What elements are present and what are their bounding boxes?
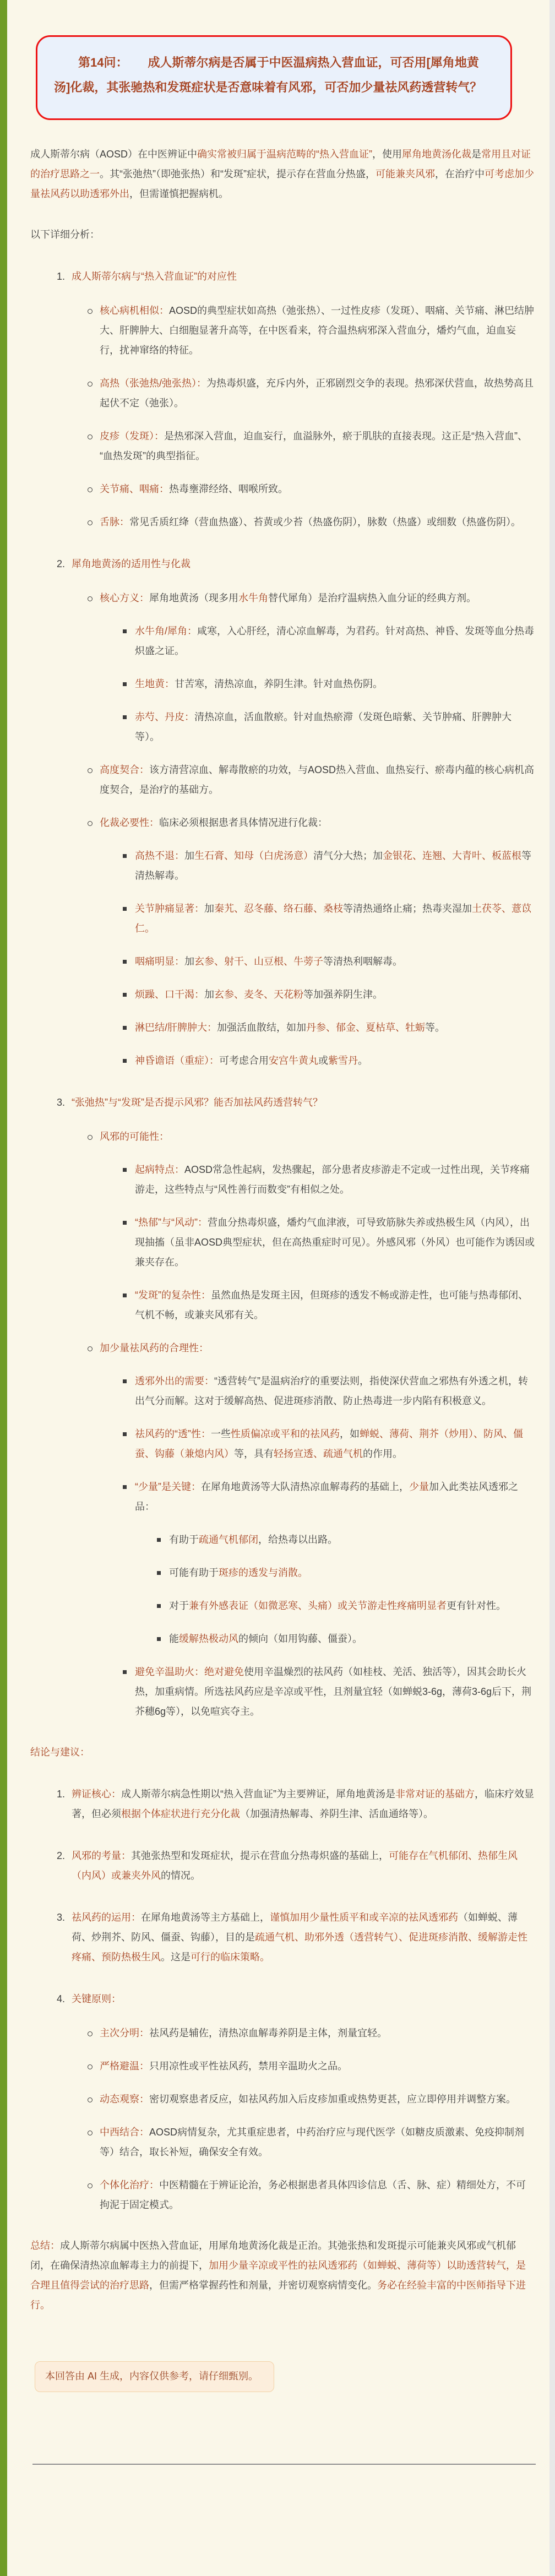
text-run: 加强活血散结，如加 xyxy=(217,1022,306,1033)
list-item: 赤芍、丹皮：清热凉血，活血散瘀。针对血热瘀滞（发斑色暗紫、关节肿痛、肝脾肿大等）… xyxy=(30,707,535,747)
list-number: 1. xyxy=(57,1784,65,1804)
emphasis-text-run: 秦艽、忍冬藤、络石藤、桑枝 xyxy=(214,903,343,914)
emphasis-text-run: 咽痛明显： xyxy=(135,956,184,967)
text-run: （加强清热解毒、养阴生津、活血通络等）。 xyxy=(240,1808,433,1819)
emphasis-text-run: 避免辛温助火：绝对避免 xyxy=(135,1666,244,1677)
square-bullet-icon xyxy=(157,1637,161,1641)
list-item: 淋巴结/肝脾肿大：加强活血散结，如加丹参、郁金、夏枯草、牡蛎等。 xyxy=(30,1018,535,1037)
question-number-label: 第14问： xyxy=(78,56,128,69)
text-run: 的情况。 xyxy=(161,1870,200,1881)
emphasis-text-run: 可能兼夹风邪 xyxy=(376,169,435,180)
text-run: 的作用。 xyxy=(363,1448,402,1459)
emphasis-text-run: 少量 xyxy=(409,1481,429,1492)
text-run: 等清热通络止痛；热毒夹湿加 xyxy=(343,903,472,914)
emphasis-text-run: 可行的临床策略。 xyxy=(191,1952,270,1963)
emphasis-text-run: 总结： xyxy=(30,2240,60,2251)
circle-bullet-icon xyxy=(88,1135,92,1140)
text-run: 可能有助于 xyxy=(169,1567,219,1578)
square-bullet-icon xyxy=(157,1571,161,1575)
text-run: AOSD常急性起病，发热骤起，部分患者皮疹游走不定或一过性出现，关节疼痛游走，这… xyxy=(135,1164,530,1195)
text-run: AOSD病情复杂，尤其重症患者，中药治疗应与现代医学（如糖皮质激素、免疫抑制剂等… xyxy=(100,2127,524,2157)
text-run: ，给热毒以出路。 xyxy=(258,1534,338,1545)
list-item: 生地黄：甘苦寒，清热凉血，养阴生津。针对血热伤阴。 xyxy=(30,674,535,694)
square-bullet-icon xyxy=(123,1432,127,1436)
text-run: 替代犀角）是治疗温病热入血分证的经典方剂。 xyxy=(268,593,476,604)
emphasis-text-run: 辨证核心： xyxy=(72,1789,121,1800)
paragraph: 以下详细分析： xyxy=(30,225,535,244)
emphasis-text-run: 透邪外出的需要： xyxy=(135,1376,214,1387)
circle-bullet-icon xyxy=(88,487,92,492)
circle-bullet-icon xyxy=(88,1346,92,1351)
list-item: “发斑”的复杂性：虽然血热是发斑主因，但斑疹的透发不畅或游走性，也可能与热毒郁闭… xyxy=(30,1285,535,1325)
emphasis-text-run: “热郁”与“风动”： xyxy=(135,1217,208,1228)
list-item: “热郁”与“风动”：营血分热毒炽盛，燔灼气血津液，可导致筋脉失养或热极生风（内风… xyxy=(30,1213,535,1272)
square-bullet-icon xyxy=(123,907,127,911)
text-run: 是 xyxy=(471,149,481,160)
emphasis-text-run: 水牛角 xyxy=(238,593,268,604)
emphasis-text-run: 起病特点： xyxy=(135,1164,184,1175)
emphasis-text-run: 关节肿痛显著： xyxy=(135,903,204,914)
list-item: 水牛角/犀角：咸寒，入心肝经，清心凉血解毒，为君药。针对高热、神昏、发斑等血分热… xyxy=(30,621,535,661)
question-paragraph: 第14问：成人斯蒂尔病是否属于中医温病热入营血证，可否用[犀角地黄汤]化裁，其张… xyxy=(54,50,492,100)
emphasis-text-run: 非常对证的基础方 xyxy=(395,1789,475,1800)
square-bullet-icon xyxy=(123,1294,127,1297)
text-run: ，在治疗中 xyxy=(435,169,485,180)
emphasis-text-run: 玄参、麦冬、天花粉 xyxy=(214,989,303,1000)
list-item: 祛风药的“透”性：一些性质偏凉或平和的祛风药，如蝉蜕、薄荷、荆芥（炒用）、防风、… xyxy=(30,1424,535,1464)
list-item: 3.“张弛热”与“发斑”是否提示风邪？能否加祛风药透营转气？ xyxy=(30,1093,535,1112)
square-bullet-icon xyxy=(123,1026,127,1030)
emphasis-text-run: 个体化治疗： xyxy=(100,2180,159,2191)
emphasis-text-run: 斑疹的透发与消散。 xyxy=(219,1567,308,1578)
text-run: ，如 xyxy=(340,1428,360,1439)
list-item: 严格避温：只用凉性或平性祛风药，禁用辛温助火之品。 xyxy=(30,2056,535,2076)
text-run: ，但需严格掌握药性和剂量，并密切观察病情变化。 xyxy=(149,2280,377,2291)
text-run: 密切观察患者反应，如祛风药加入后皮疹加重或热势更甚，应立即停用并调整方案。 xyxy=(149,2094,516,2105)
emphasis-text-run: 确实常被归属于温病范畴的“热入营血证” xyxy=(197,149,372,160)
text-run: 有助于 xyxy=(169,1534,199,1545)
text-run: ，但需谨慎把握病机。 xyxy=(129,188,228,199)
list-item: 咽痛明显：加玄参、射干、山豆根、牛蒡子等清热利咽解毒。 xyxy=(30,952,535,971)
page: { "page": { "background": "#FAF7E9", "ac… xyxy=(0,0,555,2576)
list-item: 关节肿痛显著：加秦艽、忍冬藤、络石藤、桑枝等清热通络止痛；热毒夹湿加土茯苓、薏苡… xyxy=(30,899,535,938)
text-run: 更有针对性。 xyxy=(447,1600,506,1611)
text-run: 甘苦寒，清热凉血，养阴生津。针对血热伤阴。 xyxy=(175,678,383,689)
list-item: 关节痛、咽痛：热毒壅滞经络、咽喉所致。 xyxy=(30,479,535,499)
emphasis-text-run: 加少量祛风药的合理性： xyxy=(100,1343,209,1354)
list-item: 避免辛温助火：绝对避免使用辛温燥烈的祛风药（如桂枝、羌活、独活等），因其会助长火… xyxy=(30,1662,535,1721)
emphasis-text-run: 兼有外感表证（如微恶寒、头痛）或关节游走性疼痛明显者 xyxy=(189,1600,447,1611)
list-number: 2. xyxy=(57,1846,65,1866)
paragraph: 成人斯蒂尔病（AOSD）在中医辨证中确实常被归属于温病范畴的“热入营血证”，使用… xyxy=(30,144,535,204)
list-item: 风邪的可能性： xyxy=(30,1127,535,1146)
circle-bullet-icon xyxy=(88,2031,92,2036)
text-run: 祛风药是辅佐，清热凉血解毒养阴是主体，剂量宜轻。 xyxy=(149,2028,387,2039)
list-item: 神昏谵语（重症）：可考虑合用安宫牛黄丸或紫雪丹。 xyxy=(30,1051,535,1070)
list-number: 1. xyxy=(57,267,65,286)
list-item: 4.关键原则： xyxy=(30,1989,535,2009)
question-box: 第14问：成人斯蒂尔病是否属于中医温病热入营血证，可否用[犀角地黄汤]化裁，其张… xyxy=(36,35,512,120)
list-item: 化裁必要性：临床必须根据患者具体情况进行化裁： xyxy=(30,813,535,833)
emphasis-text-run: 成人斯蒂尔病与“热入营血证”的对应性 xyxy=(72,271,237,282)
list-item: 舌脉：常见舌质红绛（营血热盛）、苔黄或少苔（热盛伤阴），脉数（热盛）或细数（热盛… xyxy=(30,512,535,532)
text-run: 是热邪深入营血，迫血妄行，血溢脉外，瘀于肌肤的直接表现。这正是“热入营血”、“血… xyxy=(100,431,527,461)
circle-bullet-icon xyxy=(88,2064,92,2069)
text-run: 其弛张热型和发斑症状，提示在营血分热毒炽盛的基础上， xyxy=(131,1850,389,1861)
square-bullet-icon xyxy=(123,715,127,719)
emphasis-text-run: 生石膏、知母（白虎汤意） xyxy=(194,850,313,861)
emphasis-text-run: 谨慎加用少量性质平和或辛凉的祛风透邪药 xyxy=(270,1912,458,1923)
circle-bullet-icon xyxy=(88,2097,92,2102)
text-run: 以下详细分析： xyxy=(30,229,100,240)
text-run: 。其“张弛热”（即弛张热）和“发斑”症状，提示存在营血分热盛， xyxy=(100,169,376,180)
text-run: 清气分大热；加 xyxy=(313,850,383,861)
list-item: 2.风邪的考量：其弛张热型和发斑症状，提示在营血分热毒炽盛的基础上，可能存在气机… xyxy=(30,1846,535,1885)
text-run: 等加强养阴生津。 xyxy=(303,989,383,1000)
text-run: ，使用 xyxy=(372,149,402,160)
list-item: 皮疹（发斑）：是热邪深入营血，迫血妄行，血溢脉外，瘀于肌肤的直接表现。这正是“热… xyxy=(30,426,535,466)
emphasis-text-run: 舌脉： xyxy=(100,517,129,528)
text-run: 加 xyxy=(184,850,194,861)
text-run: 热毒壅滞经络、咽喉所致。 xyxy=(169,483,288,494)
circle-bullet-icon xyxy=(88,2131,92,2135)
emphasis-text-run: 丹参、郁金、夏枯草、牡蛎 xyxy=(306,1022,425,1033)
emphasis-text-run: 核心方义： xyxy=(100,593,149,604)
emphasis-text-run: 化裁必要性： xyxy=(100,817,159,828)
list-item: 能缓解热极动风的倾向（如用钩藤、僵蚕）。 xyxy=(30,1629,535,1649)
circle-bullet-icon xyxy=(88,2183,92,2188)
text-run: 在犀角地黄汤等大队清热凉血解毒药的基础上， xyxy=(201,1481,409,1492)
square-bullet-icon xyxy=(123,682,127,686)
list-number: 2. xyxy=(57,554,65,574)
list-item: 主次分明：祛风药是辅佐，清热凉血解毒养阴是主体，剂量宜轻。 xyxy=(30,2023,535,2043)
list-item: 1.辨证核心：成人斯蒂尔病急性期以“热入营血证”为主要辨证，犀角地黄汤是非常对证… xyxy=(30,1784,535,1824)
text-run: 等清热利咽解毒。 xyxy=(323,956,402,967)
bottom-divider xyxy=(32,2464,536,2465)
text-run: 。这是 xyxy=(161,1952,191,1963)
list-item: 中西结合：AOSD病情复杂，尤其重症患者，中药治疗应与现代医学（如糖皮质激素、免… xyxy=(30,2122,535,2162)
list-item: 核心病机相似：AOSD的典型症状如高热（弛张热）、一过性皮疹（发斑）、咽痛、关节… xyxy=(30,301,535,360)
ai-disclaimer-badge: 本回答由 AI 生成，内容仅供参考，请仔细甄别。 xyxy=(35,2361,274,2392)
list-item: 高热（张弛热/弛张热）：为热毒炽盛，充斥内外，正邪剧烈交争的表现。热邪深伏营血，… xyxy=(30,373,535,413)
emphasis-text-run: 性质偏凉或平和的祛风药 xyxy=(231,1428,340,1439)
list-item: 加少量祛风药的合理性： xyxy=(30,1338,535,1358)
emphasis-text-run: 犀角地黄汤化裁 xyxy=(402,149,471,160)
emphasis-text-run: 结论与建议： xyxy=(30,1747,90,1758)
list-item: 高热不退：加生石膏、知母（白虎汤意）清气分大热；加金银花、连翘、大青叶、板蓝根等… xyxy=(30,846,535,885)
square-bullet-icon xyxy=(123,1168,127,1172)
circle-bullet-icon xyxy=(88,434,92,439)
text-run: 能 xyxy=(169,1633,179,1644)
paragraph: 结论与建议： xyxy=(30,1742,535,1762)
square-bullet-icon xyxy=(123,1670,127,1674)
list-number: 3. xyxy=(57,1093,65,1112)
circle-bullet-icon xyxy=(88,821,92,826)
list-item: 起病特点：AOSD常急性起病，发热骤起，部分患者皮疹游走不定或一过性出现，关节疼… xyxy=(30,1160,535,1199)
emphasis-text-run: 高度契合： xyxy=(100,764,149,775)
ai-disclaimer-text: 本回答由 AI 生成，内容仅供参考，请仔细甄别。 xyxy=(45,2371,258,2382)
emphasis-text-run: 主次分明： xyxy=(100,2028,149,2039)
text-run: 临床必须根据患者具体情况进行化裁： xyxy=(159,817,328,828)
emphasis-text-run: 生地黄： xyxy=(135,678,175,689)
circle-bullet-icon xyxy=(88,768,92,773)
text-run: 犀角地黄汤（现多用 xyxy=(149,593,238,604)
emphasis-text-run: 水牛角/犀角： xyxy=(135,626,197,637)
text-run: 成人斯蒂尔病（AOSD）在中医辨证中 xyxy=(30,149,197,160)
emphasis-text-run: 缓解热极动风 xyxy=(179,1633,238,1644)
text-run: 的倾向（如用钩藤、僵蚕）。 xyxy=(238,1633,362,1644)
list-item: “少量”是关键：在犀角地黄汤等大队清热凉血解毒药的基础上，少量加入此类祛风透邪之… xyxy=(30,1477,535,1517)
emphasis-text-run: 高热不退： xyxy=(135,850,184,861)
emphasis-text-run: 烦躁、口干渴： xyxy=(135,989,204,1000)
emphasis-text-run: 祛风药的“透”性： xyxy=(135,1428,211,1439)
circle-bullet-icon xyxy=(88,382,92,387)
list-item: 动态观察：密切观察患者反应，如祛风药加入后皮疹加重或热势更甚，应立即停用并调整方… xyxy=(30,2089,535,2109)
emphasis-text-run: 动态观察： xyxy=(100,2094,149,2105)
square-bullet-icon xyxy=(123,629,127,633)
emphasis-text-run: 犀角地黄汤的适用性与化裁 xyxy=(72,558,191,569)
emphasis-text-run: 疏通气机郁闭 xyxy=(199,1534,258,1545)
list-item: 1.成人斯蒂尔病与“热入营血证”的对应性 xyxy=(30,267,535,286)
text-run: 一些 xyxy=(211,1428,231,1439)
paragraph: 总结：成人斯蒂尔病属中医热入营血证，用犀角地黄汤化裁是正治。其弛张热和发斑提示可… xyxy=(30,2236,535,2315)
text-run: 只用凉性或平性祛风药，禁用辛温助火之品。 xyxy=(149,2061,347,2072)
emphasis-text-run: 淋巴结/肝脾肿大： xyxy=(135,1022,217,1033)
emphasis-text-run: 紫雪丹 xyxy=(328,1055,358,1066)
left-accent-bar xyxy=(0,0,7,2576)
list-number: 3. xyxy=(57,1907,65,1927)
emphasis-text-run: 严格避温： xyxy=(100,2061,149,2072)
list-item: 有助于疏通气机郁闭，给热毒以出路。 xyxy=(30,1530,535,1550)
list-item: 核心方义：犀角地黄汤（现多用水牛角替代犀角）是治疗温病热入血分证的经典方剂。 xyxy=(30,588,535,608)
text-run: 可考虑合用 xyxy=(219,1055,269,1066)
text-run: 或 xyxy=(318,1055,328,1066)
emphasis-text-run: 轻扬宣透、疏通气机 xyxy=(274,1448,363,1459)
text-run: 。 xyxy=(358,1055,368,1066)
text-run: 等。 xyxy=(425,1022,445,1033)
emphasis-text-run: 风邪的考量： xyxy=(72,1850,131,1861)
list-item: 个体化治疗：中医精髓在于辨证论治，务必根据患者具体四诊信息（舌、脉、症）精细处方… xyxy=(30,2175,535,2215)
list-item: 透邪外出的需要：“透营转气”是温病治疗的重要法则，指使深伏营血之邪热有外透之机，… xyxy=(30,1371,535,1411)
text-run: 对于 xyxy=(169,1600,189,1611)
emphasis-text-run: 金银花、连翘、大青叶、板蓝根 xyxy=(383,850,521,861)
scrollbar-track[interactable] xyxy=(549,0,555,2576)
emphasis-text-run: “张弛热”与“发斑”是否提示风邪？能否加祛风药透营转气？ xyxy=(72,1097,323,1108)
square-bullet-icon xyxy=(123,1485,127,1489)
emphasis-text-run: “发斑”的复杂性： xyxy=(135,1290,211,1301)
emphasis-text-run: 安宫牛黄丸 xyxy=(269,1055,318,1066)
circle-bullet-icon xyxy=(88,596,92,601)
text-run: 该方清营凉血、解毒散瘀的功效，与AOSD热入营血、血热妄行、瘀毒内蕴的核心病机高… xyxy=(100,764,534,795)
text-run: 加 xyxy=(204,989,214,1000)
text-run: 常见舌质红绛（营血热盛）、苔黄或少苔（热盛伤阴），脉数（热盛）或细数（热盛伤阴）… xyxy=(129,517,521,528)
square-bullet-icon xyxy=(123,993,127,997)
text-run: 在犀角地黄汤等主方基础上， xyxy=(141,1912,270,1923)
list-number: 4. xyxy=(57,1989,65,2009)
square-bullet-icon xyxy=(157,1538,161,1542)
emphasis-text-run: 关节痛、咽痛： xyxy=(100,483,169,494)
square-bullet-icon xyxy=(123,1379,127,1383)
list-item: 高度契合：该方清营凉血、解毒散瘀的功效，与AOSD热入营血、血热妄行、瘀毒内蕴的… xyxy=(30,760,535,800)
text-run: 加 xyxy=(184,956,194,967)
emphasis-text-run: “少量”是关键： xyxy=(135,1481,201,1492)
emphasis-text-run: 皮疹（发斑）： xyxy=(100,431,164,442)
emphasis-text-run: 中西结合： xyxy=(100,2127,149,2138)
list-item: 可能有助于斑疹的透发与消散。 xyxy=(30,1563,535,1583)
emphasis-text-run: 核心病机相似： xyxy=(100,305,169,316)
text-run: 成人斯蒂尔病急性期以“热入营血证”为主要辨证，犀角地黄汤是 xyxy=(121,1789,395,1800)
emphasis-text-run: 玄参、射干、山豆根、牛蒡子 xyxy=(194,956,323,967)
square-bullet-icon xyxy=(123,960,127,964)
text-run: 中医精髓在于辨证论治，务必根据患者具体四诊信息（舌、脉、症）精细处方，不可拘泥于… xyxy=(100,2180,526,2210)
square-bullet-icon xyxy=(123,1221,127,1225)
text-run: 等，具有 xyxy=(234,1448,274,1459)
list-item: 烦躁、口干渴：加玄参、麦冬、天花粉等加强养阴生津。 xyxy=(30,985,535,1004)
square-bullet-icon xyxy=(123,854,127,858)
emphasis-text-run: 风邪的可能性： xyxy=(100,1131,169,1142)
emphasis-text-run: 祛风药的运用： xyxy=(72,1912,141,1923)
emphasis-text-run: 神昏谵语（重症）： xyxy=(135,1055,219,1066)
square-bullet-icon xyxy=(123,1059,127,1063)
analysis-content: 成人斯蒂尔病（AOSD）在中医辨证中确实常被归属于温病范畴的“热入营血证”，使用… xyxy=(30,144,535,2315)
square-bullet-icon xyxy=(157,1604,161,1608)
list-item: 3.祛风药的运用：在犀角地黄汤等主方基础上，谨慎加用少量性质平和或辛凉的祛风透邪… xyxy=(30,1907,535,1967)
emphasis-text-run: 根据个体症状进行充分化裁 xyxy=(121,1808,240,1819)
list-item: 对于兼有外感表证（如微恶寒、头痛）或关节游走性疼痛明显者更有针对性。 xyxy=(30,1596,535,1616)
emphasis-text-run: 高热（张弛热/弛张热）： xyxy=(100,378,206,389)
circle-bullet-icon xyxy=(88,520,92,525)
circle-bullet-icon xyxy=(88,309,92,314)
emphasis-text-run: 关键原则： xyxy=(72,1993,121,2004)
text-run: 加 xyxy=(204,903,214,914)
emphasis-text-run: 赤芍、丹皮： xyxy=(135,711,194,722)
list-item: 2.犀角地黄汤的适用性与化裁 xyxy=(30,554,535,574)
